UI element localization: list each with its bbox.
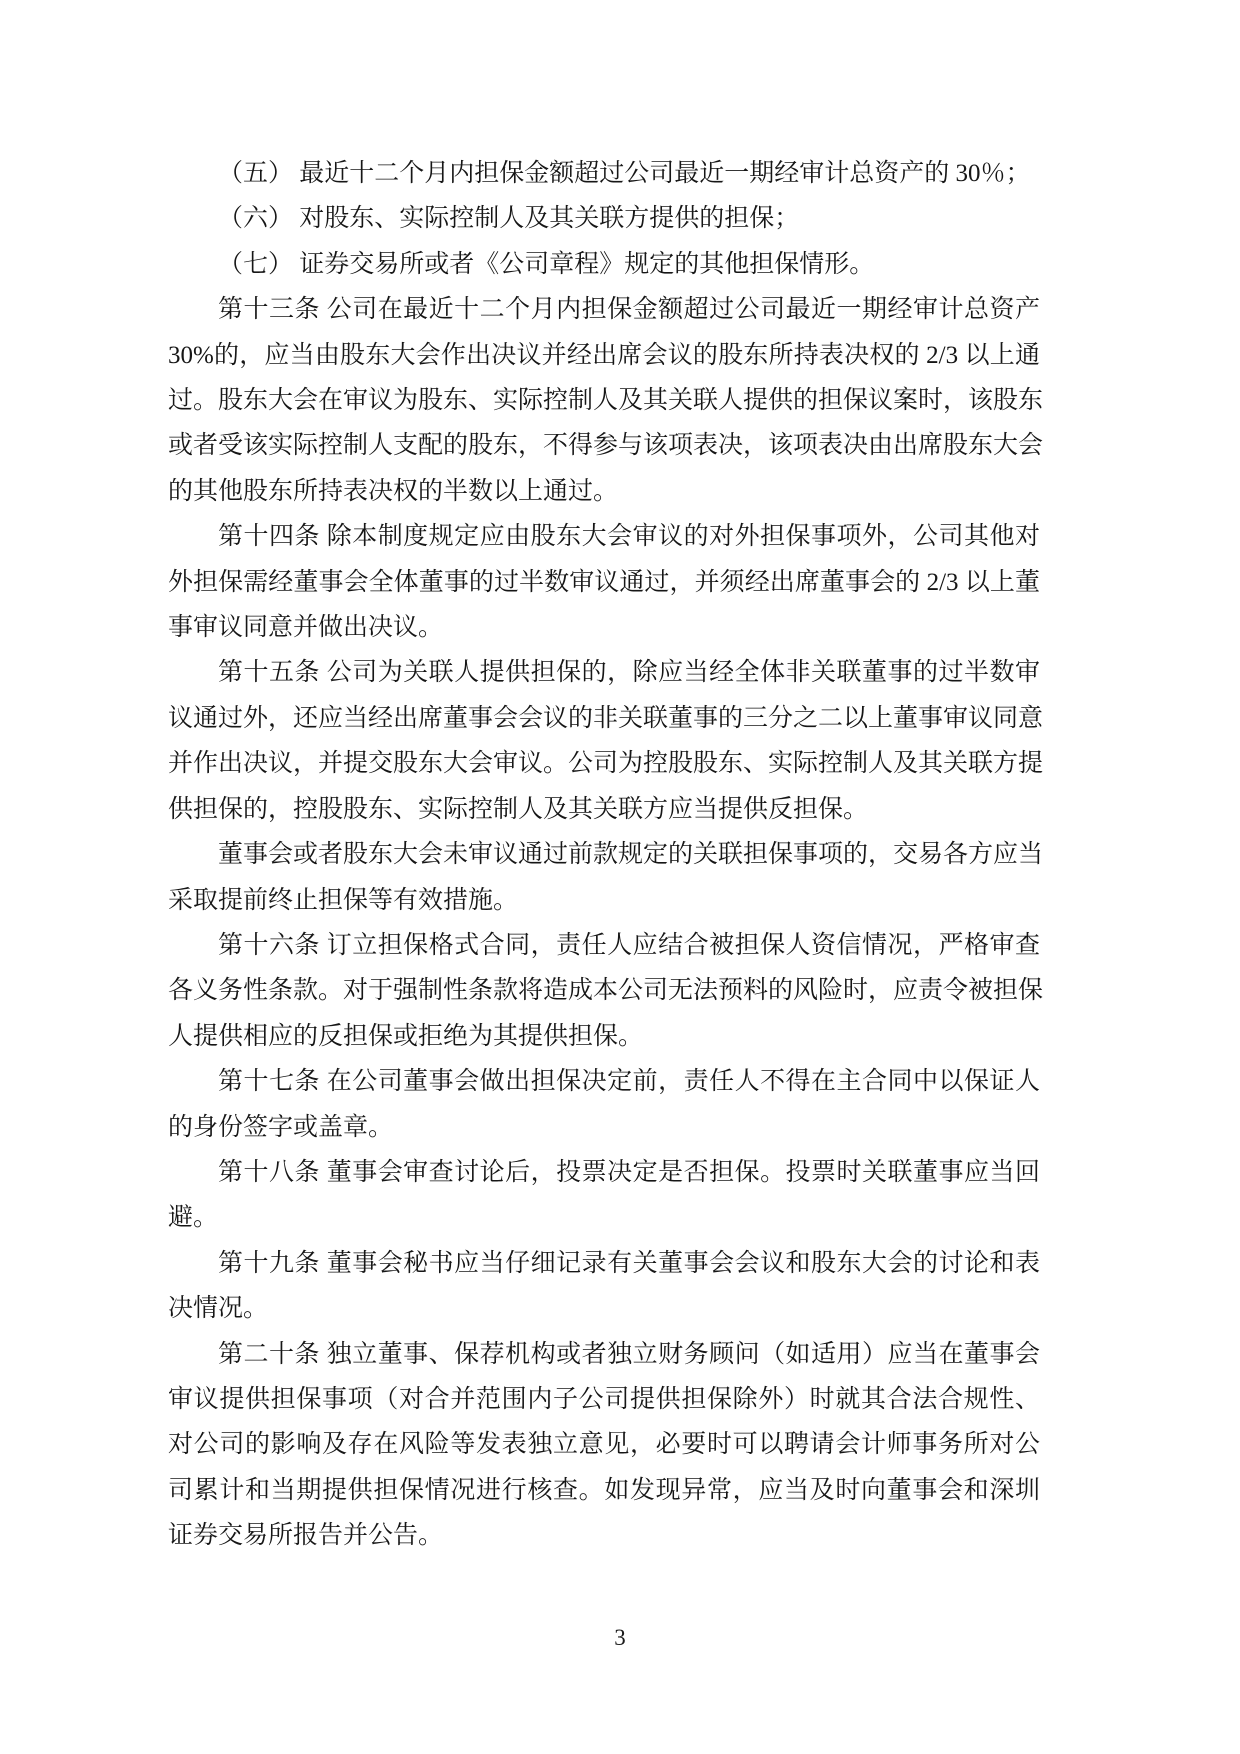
text-line: （五） 最近十二个月内担保金额超过公司最近一期经审计总资产的 30％； [168, 151, 1040, 196]
clause-18: 第十八条 董事会审查讨论后，投票决定是否担保。投票时关联董事应当回 避。 [168, 1150, 1040, 1241]
text-line: 第十八条 董事会审查讨论后，投票决定是否担保。投票时关联董事应当回 [168, 1150, 1040, 1195]
text-line: 避。 [168, 1195, 1040, 1240]
list-item-5: （五） 最近十二个月内担保金额超过公司最近一期经审计总资产的 30％； [168, 151, 1040, 196]
text-line: （七） 证券交易所或者《公司章程》规定的其他担保情形。 [168, 242, 1040, 287]
text-line: 第十四条 除本制度规定应由股东大会审议的对外担保事项外，公司其他对 [168, 514, 1040, 559]
page-footer: 3 [0, 1623, 1240, 1653]
text-line: 审议提供担保事项（对合并范围内子公司提供担保除外）时就其合法合规性、 [168, 1377, 1040, 1422]
text-line: 的其他股东所持表决权的半数以上通过。 [168, 469, 1040, 514]
text-line: 证券交易所报告并公告。 [168, 1513, 1040, 1558]
text-line: 第十七条 在公司董事会做出担保决定前，责任人不得在主合同中以保证人 [168, 1059, 1040, 1104]
list-item-6: （六） 对股东、实际控制人及其关联方提供的担保； [168, 196, 1040, 241]
clause-19: 第十九条 董事会秘书应当仔细记录有关董事会会议和股东大会的讨论和表 决情况。 [168, 1241, 1040, 1332]
clause-15-continuation: 董事会或者股东大会未审议通过前款规定的关联担保事项的，交易各方应当 采取提前终止… [168, 832, 1040, 923]
text-line: 过。股东大会在审议为股东、实际控制人及其关联人提供的担保议案时，该股东 [168, 378, 1040, 423]
text-line: 人提供相应的反担保或拒绝为其提供担保。 [168, 1014, 1040, 1059]
text-line: 议通过外，还应当经出席董事会会议的非关联董事的三分之二以上董事审议同意 [168, 696, 1040, 741]
document-body: （五） 最近十二个月内担保金额超过公司最近一期经审计总资产的 30％； （六） … [168, 151, 1040, 1559]
text-line: （六） 对股东、实际控制人及其关联方提供的担保； [168, 196, 1040, 241]
text-line: 外担保需经董事会全体董事的过半数审议通过，并须经出席董事会的 2/3 以上董 [168, 560, 1040, 605]
text-line: 并作出决议，并提交股东大会审议。公司为控股股东、实际控制人及其关联方提 [168, 741, 1040, 786]
clause-14: 第十四条 除本制度规定应由股东大会审议的对外担保事项外，公司其他对 外担保需经董… [168, 514, 1040, 650]
text-line: 司累计和当期提供担保情况进行核查。如发现异常，应当及时向董事会和深圳 [168, 1468, 1040, 1513]
text-line: 第十五条 公司为关联人提供担保的，除应当经全体非关联董事的过半数审 [168, 650, 1040, 695]
text-line: 对公司的影响及存在风险等发表独立意见，必要时可以聘请会计师事务所对公 [168, 1422, 1040, 1467]
text-line: 第二十条 独立董事、保荐机构或者独立财务顾问（如适用）应当在董事会 [168, 1332, 1040, 1377]
text-line: 董事会或者股东大会未审议通过前款规定的关联担保事项的，交易各方应当 [168, 832, 1040, 877]
text-line: 的身份签字或盖章。 [168, 1105, 1040, 1150]
list-item-7: （七） 证券交易所或者《公司章程》规定的其他担保情形。 [168, 242, 1040, 287]
text-line: 决情况。 [168, 1286, 1040, 1331]
text-line: 事审议同意并做出决议。 [168, 605, 1040, 650]
text-line: 30%的，应当由股东大会作出决议并经出席会议的股东所持表决权的 2/3 以上通 [168, 333, 1040, 378]
text-line: 各义务性条款。对于强制性条款将造成本公司无法预料的风险时，应责令被担保 [168, 968, 1040, 1013]
text-line: 采取提前终止担保等有效措施。 [168, 878, 1040, 923]
clause-16: 第十六条 订立担保格式合同，责任人应结合被担保人资信情况，严格审查 各义务性条款… [168, 923, 1040, 1059]
clause-13: 第十三条 公司在最近十二个月内担保金额超过公司最近一期经审计总资产 30%的，应… [168, 287, 1040, 514]
text-line: 或者受该实际控制人支配的股东，不得参与该项表决，该项表决由出席股东大会 [168, 423, 1040, 468]
clause-15: 第十五条 公司为关联人提供担保的，除应当经全体非关联董事的过半数审 议通过外，还… [168, 650, 1040, 832]
text-line: 供担保的，控股股东、实际控制人及其关联方应当提供反担保。 [168, 787, 1040, 832]
clause-20: 第二十条 独立董事、保荐机构或者独立财务顾问（如适用）应当在董事会 审议提供担保… [168, 1332, 1040, 1559]
text-line: 第十六条 订立担保格式合同，责任人应结合被担保人资信情况，严格审查 [168, 923, 1040, 968]
clause-17: 第十七条 在公司董事会做出担保决定前，责任人不得在主合同中以保证人 的身份签字或… [168, 1059, 1040, 1150]
text-line: 第十三条 公司在最近十二个月内担保金额超过公司最近一期经审计总资产 [168, 287, 1040, 332]
text-line: 第十九条 董事会秘书应当仔细记录有关董事会会议和股东大会的讨论和表 [168, 1241, 1040, 1286]
page-number: 3 [614, 1625, 626, 1650]
